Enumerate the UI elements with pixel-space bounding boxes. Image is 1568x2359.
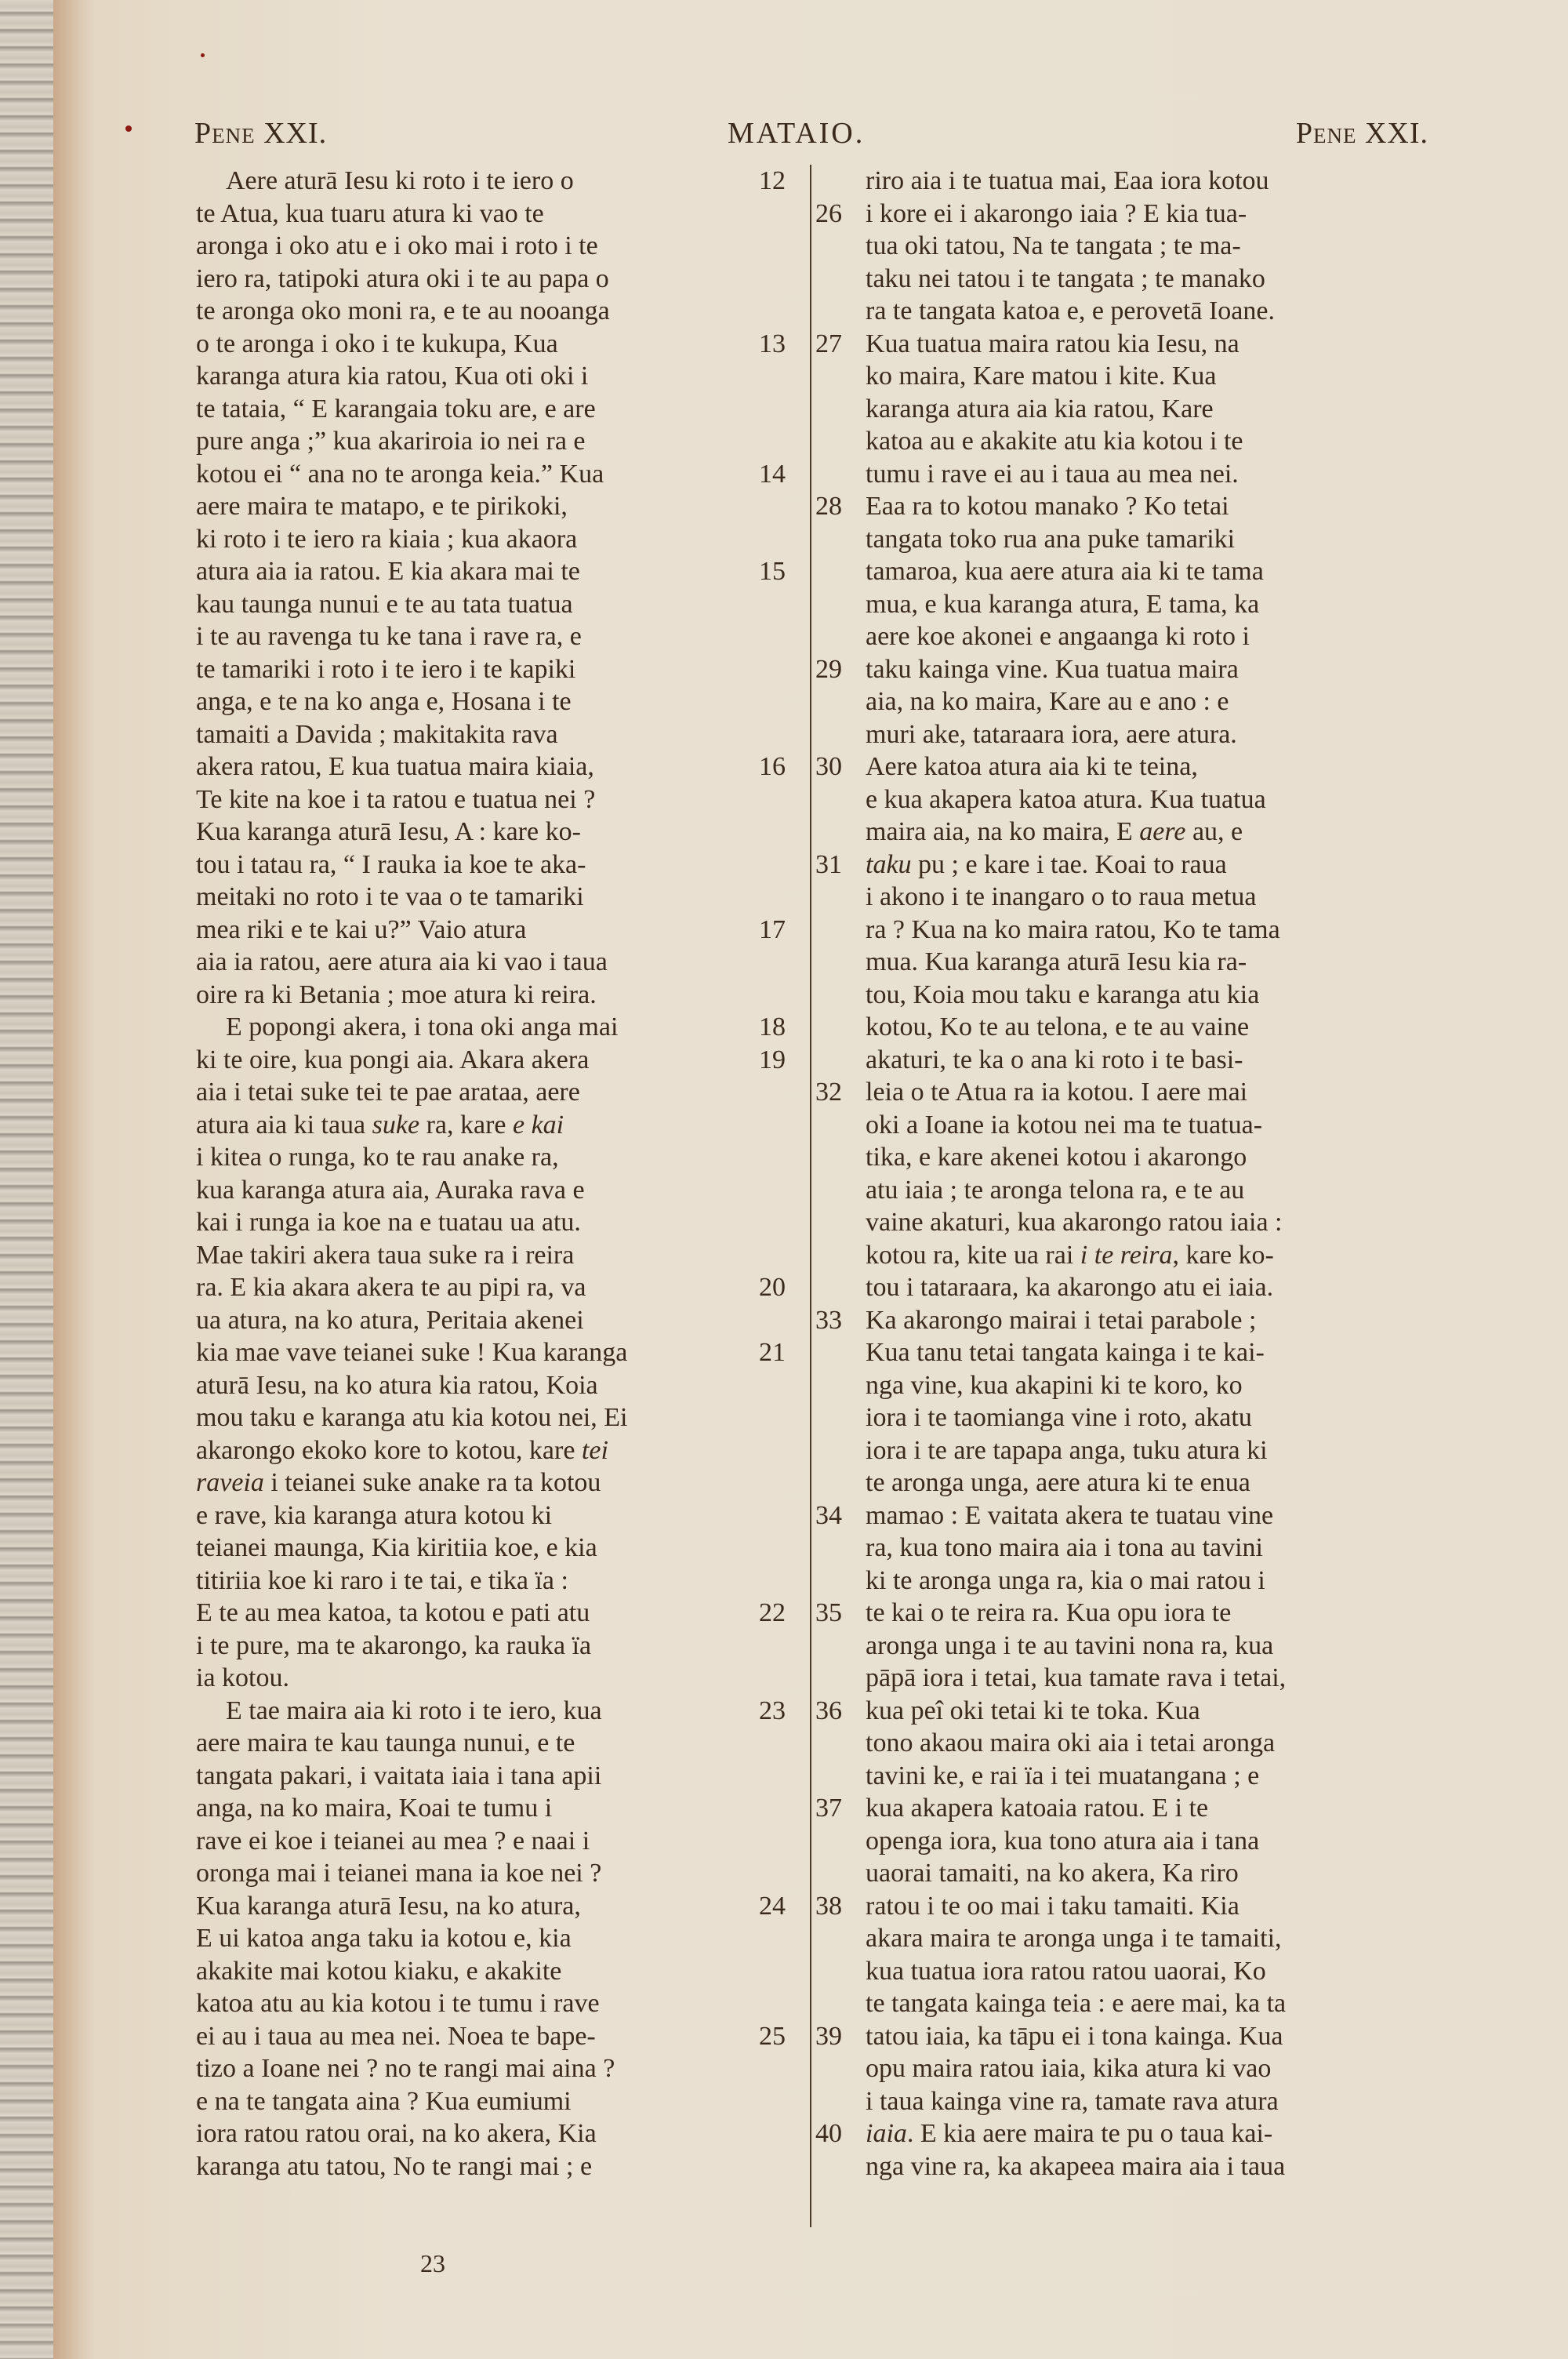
right-column: riro aia i te tuatua mai, Eaa iora kotou…: [815, 165, 1466, 2183]
text-line: karanga atu tatou, No te rangi mai ; e: [172, 2150, 815, 2183]
line-text: Te kite na koe i ta ratou e tuatua nei ?: [196, 783, 595, 816]
text-line: tamaiti a Davida ; makitakita rava: [172, 718, 815, 751]
line-text: kotou, Ko te au telona, e te au vaine: [866, 1011, 1249, 1044]
line-text: iora ratou ratou orai, na ko akera, Kia: [196, 2117, 597, 2150]
line-text: ua atura, na ko atura, Peritaia akenei: [196, 1304, 584, 1337]
line-text: te tataia, “ E karangaia toku are, e are: [196, 393, 596, 426]
text-line: aturā Iesu, na ko atura kia ratou, Koia: [172, 1369, 815, 1402]
verse-number: 16: [759, 751, 786, 783]
line-text: ki te oire, kua pongi aia. Akara akera: [196, 1044, 589, 1077]
line-text: kua akapera katoaia ratou. E i te: [866, 1792, 1208, 1825]
ink-spot: [125, 125, 132, 132]
line-text: kia mae vave teianei suke ! Kua karanga: [196, 1336, 627, 1369]
verse-number: 15: [759, 555, 786, 588]
line-text: taku nei tatou i te tangata ; te manako: [866, 263, 1265, 296]
text-line: katoa atu au kia kotou i te tumu i rave: [172, 1987, 815, 2020]
verse-number: 21: [759, 1336, 786, 1369]
line-text: ratou i te oo mai i taku tamaiti. Kia: [866, 1890, 1240, 1923]
text-line: karanga atura kia ratou, Kua oti oki i: [172, 360, 815, 393]
line-text: aronga unga i te au tavini nona ra, kua: [866, 1630, 1273, 1663]
verse-number: 14: [759, 458, 786, 491]
line-text: taku kainga vine. Kua tuatua maira: [866, 653, 1239, 686]
text-line: teianei maunga, Kia kiritiia koe, e kia: [172, 1532, 815, 1565]
text-line: kotou, Ko te au telona, e te au vaine: [815, 1011, 1466, 1044]
text-line: kua karanga atura aia, Auraka rava e: [172, 1174, 815, 1207]
text-line: 33Ka akarongo mairai i tetai parabole ;: [815, 1304, 1466, 1337]
line-text: i te pure, ma te akarongo, ka rauka ïa: [196, 1630, 591, 1663]
running-head-title: MATAIO.: [728, 116, 865, 151]
line-text: te kai o te reira ra. Kua opu iora te: [866, 1597, 1231, 1630]
text-line: i kitea o runga, ko te rau anake ra,: [172, 1141, 815, 1174]
text-line: oki a Ioane ia kotou nei ma te tuatua-: [815, 1109, 1466, 1142]
text-line: te aronga oko moni ra, e te au nooanga: [172, 295, 815, 328]
verse-number: 13: [759, 328, 786, 361]
text-line: 17mea riki e te kai u?” Vaio atura: [172, 914, 815, 947]
text-line: 23E tae maira aia ki roto i te iero, kua: [172, 1695, 815, 1728]
line-text: raveia i teianei suke anake ra ta kotou: [196, 1467, 601, 1499]
text-line: iora ratou ratou orai, na ko akera, Kia: [172, 2117, 815, 2150]
text-line: ki te aronga unga ra, kia o mai ratou i: [815, 1565, 1466, 1598]
line-text: tumu i rave ei au i taua au mea nei.: [866, 458, 1239, 491]
text-line: te Atua, kua tuaru atura ki vao te: [172, 198, 815, 231]
line-text: e na te tangata aina ? Kua eumiumi: [196, 2085, 572, 2118]
text-line: akarongo ekoko kore to kotou, kare tei: [172, 1434, 815, 1467]
text-line: i taua kainga vine ra, tamate rava atura: [815, 2085, 1466, 2118]
line-text: E ui katoa anga taku ia kotou e, kia: [196, 1922, 572, 1955]
line-text: Ka akarongo mairai i tetai parabole ;: [866, 1304, 1256, 1337]
text-line: 29taku kainga vine. Kua tuatua maira: [815, 653, 1466, 686]
text-line: nga vine, kua akapini ki te koro, ko: [815, 1369, 1466, 1402]
text-line: e kua akapera katoa atura. Kua tuatua: [815, 783, 1466, 816]
text-line: aia, na ko maira, Kare au e ano : e: [815, 685, 1466, 718]
line-text: riro aia i te tuatua mai, Eaa iora kotou: [866, 165, 1269, 198]
verse-number: 40: [815, 2117, 842, 2150]
text-line: tono akaou maira oki aia i tetai aronga: [815, 1727, 1466, 1760]
line-text: e rave, kia karanga atura kotou ki: [196, 1499, 552, 1532]
text-line: opu maira ratou iaia, kika atura ki vao: [815, 2052, 1466, 2085]
verse-number: 24: [759, 1890, 786, 1923]
line-text: iora i te taomianga vine i roto, akatu: [866, 1401, 1252, 1434]
text-line: tou, Koia mou taku e karanga atu kia: [815, 979, 1466, 1012]
text-line: iero ra, tatipoki atura oki i te au papa…: [172, 263, 815, 296]
text-line: iora i te taomianga vine i roto, akatu: [815, 1401, 1466, 1434]
text-line: ia kotou.: [172, 1662, 815, 1695]
line-text: aere maira te matapo, e te pirikoki,: [196, 490, 568, 523]
line-text: tamaiti a Davida ; makitakita rava: [196, 718, 558, 751]
line-text: i kitea o runga, ko te rau anake ra,: [196, 1141, 559, 1174]
line-text: taku pu ; e kare i tae. Koai to raua: [866, 849, 1227, 881]
text-line: i te pure, ma te akarongo, ka rauka ïa: [172, 1630, 815, 1663]
text-line: 32leia o te Atua ra ia kotou. I aere mai: [815, 1076, 1466, 1109]
text-line: aronga i oko atu e i oko mai i roto i te: [172, 230, 815, 263]
line-text: oire ra ki Betania ; moe atura ki reira.: [196, 979, 597, 1012]
line-text: aere maira te kau taunga nunui, e te: [196, 1727, 575, 1760]
line-text: akera ratou, E kua tuatua maira kiaia,: [196, 751, 594, 783]
text-line: pāpā iora i tetai, kua tamate rava i tet…: [815, 1662, 1466, 1695]
line-text: rave ei koe i teianei au mea ? e naai i: [196, 1825, 590, 1858]
text-line: 36kua peî oki tetai ki te toka. Kua: [815, 1695, 1466, 1728]
verse-number: 37: [815, 1792, 842, 1825]
text-line: 20ra. E kia akara akera te au pipi ra, v…: [172, 1271, 815, 1304]
text-line: i akono i te inangaro o to raua metua: [815, 881, 1466, 914]
text-line: mua, e kua karanga atura, E tama, ka: [815, 588, 1466, 621]
line-text: Aere aturā Iesu ki roto i te iero o: [226, 165, 574, 198]
text-line: tumu i rave ei au i taua au mea nei.: [815, 458, 1466, 491]
text-line: 19ki te oire, kua pongi aia. Akara akera: [172, 1044, 815, 1077]
text-line: ra, kua tono maira aia i tona au tavini: [815, 1532, 1466, 1565]
line-text: Kua karanga aturā Iesu, na ko atura,: [196, 1890, 581, 1923]
verse-number: 30: [815, 751, 842, 783]
line-text: iaia. E kia aere maira te pu o taua kai-: [866, 2117, 1272, 2150]
ink-spot: [201, 53, 205, 57]
line-text: titiriia koe ki raro i te tai, e tika ïa…: [196, 1565, 568, 1598]
line-text: kua tuatua iora ratou ratou uaorai, Ko: [866, 1955, 1266, 1988]
text-line: 13o te aronga i oko i te kukupa, Kua: [172, 328, 815, 361]
text-line: te tangata kainga teia : e aere mai, ka …: [815, 1987, 1466, 2020]
line-text: karanga atu tatou, No te rangi mai ; e: [196, 2150, 592, 2183]
text-line: 31taku pu ; e kare i tae. Koai to raua: [815, 849, 1466, 881]
running-head-left: Pene XXI.: [194, 116, 327, 151]
line-text: mea riki e te kai u?” Vaio atura: [196, 914, 526, 947]
line-text: aturā Iesu, na ko atura kia ratou, Koia: [196, 1369, 598, 1402]
line-text: oronga mai i teianei mana ia koe nei ?: [196, 1857, 601, 1890]
text-line: uaorai tamaiti, na ko akera, Ka riro: [815, 1857, 1466, 1890]
text-line: Kua karanga aturā Iesu, A : kare ko-: [172, 816, 815, 849]
text-line: oire ra ki Betania ; moe atura ki reira.: [172, 979, 815, 1012]
text-line: akara maira te aronga unga i te tamaiti,: [815, 1922, 1466, 1955]
text-line: 24Kua karanga aturā Iesu, na ko atura,: [172, 1890, 815, 1923]
text-line: 37kua akapera katoaia ratou. E i te: [815, 1792, 1466, 1825]
line-text: tou i tataraara, ka akarongo atu ei iaia…: [866, 1271, 1273, 1304]
text-line: titiriia koe ki raro i te tai, e tika ïa…: [172, 1565, 815, 1598]
text-line: oronga mai i teianei mana ia koe nei ?: [172, 1857, 815, 1890]
line-text: nga vine ra, ka akapeea maira aia i taua: [866, 2150, 1285, 2183]
text-line: ra ? Kua na ko maira ratou, Ko te tama: [815, 914, 1466, 947]
line-text: te tangata kainga teia : e aere mai, ka …: [866, 1987, 1286, 2020]
verse-number: 31: [815, 849, 842, 881]
line-text: te tamariki i roto i te iero i te kapiki: [196, 653, 575, 686]
line-text: katoa atu au kia kotou i te tumu i rave: [196, 1987, 600, 2020]
adjacent-page-stack: [0, 0, 55, 2359]
text-line: anga, e te na ko anga e, Hosana i te: [172, 685, 815, 718]
text-line: nga vine ra, ka akapeea maira aia i taua: [815, 2150, 1466, 2183]
line-text: karanga atura kia ratou, Kua oti oki i: [196, 360, 588, 393]
verse-number: 17: [759, 914, 786, 947]
text-line: ko maira, Kare matou i kite. Kua: [815, 360, 1466, 393]
verse-number: 38: [815, 1890, 842, 1923]
line-text: maira aia, na ko maira, E aere au, e: [866, 816, 1243, 849]
line-text: ei au i taua au mea nei. Noea te bape-: [196, 2020, 596, 2053]
text-line: e rave, kia karanga atura kotou ki: [172, 1499, 815, 1532]
verse-number: 33: [815, 1304, 842, 1337]
text-line: 18E popongi akera, i tona oki anga mai: [172, 1011, 815, 1044]
line-text: mua, e kua karanga atura, E tama, ka: [866, 588, 1259, 621]
verse-number: 36: [815, 1695, 842, 1728]
text-line: ua atura, na ko atura, Peritaia akenei: [172, 1304, 815, 1337]
text-line: katoa au e akakite atu kia kotou i te: [815, 425, 1466, 458]
verse-number: 29: [815, 653, 842, 686]
line-text: tou, Koia mou taku e karanga atu kia: [866, 979, 1259, 1012]
text-line: 25ei au i taua au mea nei. Noea te bape-: [172, 2020, 815, 2053]
text-line: aere maira te matapo, e te pirikoki,: [172, 490, 815, 523]
text-line: kua tuatua iora ratou ratou uaorai, Ko: [815, 1955, 1466, 1988]
text-line: atu iaia ; te aronga telona ra, e te au: [815, 1174, 1466, 1207]
line-text: e kua akapera katoa atura. Kua tuatua: [866, 783, 1266, 816]
line-text: tangata pakari, i vaitata iaia i tana ap…: [196, 1760, 601, 1793]
line-text: opu maira ratou iaia, kika atura ki vao: [866, 2052, 1271, 2085]
line-text: muri ake, tataraara iora, aere atura.: [866, 718, 1237, 751]
line-text: Mae takiri akera taua suke ra i reira: [196, 1239, 574, 1272]
line-text: teianei maunga, Kia kiritiia koe, e kia: [196, 1532, 597, 1565]
text-line: rave ei koe i teianei au mea ? e naai i: [172, 1825, 815, 1858]
verse-number: 26: [815, 198, 842, 231]
line-text: tika, e kare akenei kotou i akarongo: [866, 1141, 1247, 1174]
line-text: tua oki tatou, Na te tangata ; te ma-: [866, 230, 1241, 263]
line-text: ki roto i te iero ra kiaia ; kua akaora: [196, 523, 577, 556]
page-number: 23: [420, 2249, 445, 2278]
text-line: pure anga ;” kua akariroia io nei ra e: [172, 425, 815, 458]
line-text: akara maira te aronga unga i te tamaiti,: [866, 1922, 1282, 1955]
line-text: uaorai tamaiti, na ko akera, Ka riro: [866, 1857, 1239, 1890]
line-text: ko maira, Kare matou i kite. Kua: [866, 360, 1217, 393]
text-line: tizo a Ioane nei ? no te rangi mai aina …: [172, 2052, 815, 2085]
line-text: aronga i oko atu e i oko mai i roto i te: [196, 230, 598, 263]
text-line: 38ratou i te oo mai i taku tamaiti. Kia: [815, 1890, 1466, 1923]
line-text: aia ia ratou, aere atura aia ki vao i ta…: [196, 946, 608, 979]
line-text: aia i tetai suke tei te pae arataa, aere: [196, 1076, 580, 1109]
running-head-right: Pene XXI.: [1296, 116, 1428, 151]
line-text: kua peî oki tetai ki te toka. Kua: [866, 1695, 1200, 1728]
verse-number: 19: [759, 1044, 786, 1077]
verse-number: 22: [759, 1597, 786, 1630]
text-line: kotou ra, kite ua rai i te reira, kare k…: [815, 1239, 1466, 1272]
line-text: kau taunga nunui e te au tata tuatua: [196, 588, 573, 621]
line-text: atura aia ki taua suke ra, kare e kai: [196, 1109, 564, 1142]
text-line: openga iora, kua tono atura aia i tana: [815, 1825, 1466, 1858]
line-text: mamao : E vaitata akera te tuatau vine: [866, 1499, 1273, 1532]
text-line: te tamariki i roto i te iero i te kapiki: [172, 653, 815, 686]
line-text: anga, e te na ko anga e, Hosana i te: [196, 685, 572, 718]
text-line: akakite mai kotou kiaku, e akakite: [172, 1955, 815, 1988]
line-text: atura aia ia ratou. E kia akara mai te: [196, 555, 580, 588]
text-line: kau taunga nunui e te au tata tuatua: [172, 588, 815, 621]
text-line: maira aia, na ko maira, E aere au, e: [815, 816, 1466, 849]
verse-number: 18: [759, 1011, 786, 1044]
line-text: tangata toko rua ana puke tamariki: [866, 523, 1235, 556]
line-text: leia o te Atua ra ia kotou. I aere mai: [866, 1076, 1247, 1109]
line-text: pure anga ;” kua akariroia io nei ra e: [196, 425, 586, 458]
line-text: E te au mea katoa, ta kotou e pati atu: [196, 1597, 590, 1630]
line-text: tamaroa, kua aere atura aia ki te tama: [866, 555, 1264, 588]
line-text: tono akaou maira oki aia i tetai aronga: [866, 1727, 1275, 1760]
text-line: 28Eaa ra to kotou manako ? Ko tetai: [815, 490, 1466, 523]
text-line: raveia i teianei suke anake ra ta kotou: [172, 1467, 815, 1499]
line-text: mua. Kua karanga aturā Iesu kia ra-: [866, 946, 1247, 979]
line-text: Kua karanga aturā Iesu, A : kare ko-: [196, 816, 581, 849]
left-column: 12Aere aturā Iesu ki roto i te iero ote …: [172, 165, 815, 2183]
line-text: akakite mai kotou kiaku, e akakite: [196, 1955, 561, 1988]
line-text: Eaa ra to kotou manako ? Ko tetai: [866, 490, 1229, 523]
line-text: E popongi akera, i tona oki anga mai: [226, 1011, 618, 1044]
text-line: anga, na ko maira, Koai te tumu i: [172, 1792, 815, 1825]
line-text: ra te tangata katoa e, e perovetā Ioane.: [866, 295, 1275, 328]
text-line: aia i tetai suke tei te pae arataa, aere: [172, 1076, 815, 1109]
line-text: i te au ravenga tu ke tana i rave ra, e: [196, 620, 582, 653]
text-line: Te kite na koe i ta ratou e tuatua nei ?: [172, 783, 815, 816]
text-line: Kua tanu tetai tangata kainga i te kai-: [815, 1336, 1466, 1369]
line-text: te Atua, kua tuaru atura ki vao te: [196, 198, 544, 231]
line-text: anga, na ko maira, Koai te tumu i: [196, 1792, 552, 1825]
text-line: tangata toko rua ana puke tamariki: [815, 523, 1466, 556]
line-text: akaturi, te ka o ana ki roto i te basi-: [866, 1044, 1243, 1077]
text-line: vaine akaturi, kua akarongo ratou iaia :: [815, 1206, 1466, 1239]
text-line: 27Kua tuatua maira ratou kia Iesu, na: [815, 328, 1466, 361]
verse-number: 28: [815, 490, 842, 523]
text-line: ra te tangata katoa e, e perovetā Ioane.: [815, 295, 1466, 328]
text-line: te tataia, “ E karangaia toku are, e are: [172, 393, 815, 426]
verse-number: 23: [759, 1695, 786, 1728]
text-line: riro aia i te tuatua mai, Eaa iora kotou: [815, 165, 1466, 198]
line-text: Kua tuatua maira ratou kia Iesu, na: [866, 328, 1240, 361]
text-line: tou i tataraara, ka akarongo atu ei iaia…: [815, 1271, 1466, 1304]
text-line: aere koe akonei e angaanga ki roto i: [815, 620, 1466, 653]
text-line: 12Aere aturā Iesu ki roto i te iero o: [172, 165, 815, 198]
text-line: meitaki no roto i te vaa o te tamariki: [172, 881, 815, 914]
text-line: iora i te are tapapa anga, tuku atura ki: [815, 1434, 1466, 1467]
line-text: mou taku e karanga atu kia kotou nei, Ei: [196, 1401, 627, 1434]
line-text: tizo a Ioane nei ? no te rangi mai aina …: [196, 2052, 615, 2085]
text-line: aere maira te kau taunga nunui, e te: [172, 1727, 815, 1760]
text-line: i te au ravenga tu ke tana i rave ra, e: [172, 620, 815, 653]
text-line: taku nei tatou i te tangata ; te manako: [815, 263, 1466, 296]
verse-number: 25: [759, 2020, 786, 2053]
line-text: oki a Ioane ia kotou nei ma te tuatua-: [866, 1109, 1262, 1142]
line-text: kotou ra, kite ua rai i te reira, kare k…: [866, 1239, 1274, 1272]
column-rule: [810, 165, 811, 2227]
text-line: E ui katoa anga taku ia kotou e, kia: [172, 1922, 815, 1955]
text-line: 14kotou ei “ ana no te aronga keia.” Kua: [172, 458, 815, 491]
line-text: meitaki no roto i te vaa o te tamariki: [196, 881, 584, 914]
gutter-shadow: [53, 0, 100, 2359]
line-text: karanga atura aia kia ratou, Kare: [866, 393, 1214, 426]
text-line: aia ia ratou, aere atura aia ki vao i ta…: [172, 946, 815, 979]
line-text: ra. E kia akara akera te au pipi ra, va: [196, 1271, 586, 1304]
line-text: tavini ke, e rai ïa i tei muatangana ; e: [866, 1760, 1259, 1793]
line-text: tatou iaia, ka tāpu ei i tona kainga. Ku…: [866, 2020, 1283, 2053]
text-line: 15atura aia ia ratou. E kia akara mai te: [172, 555, 815, 588]
text-line: kai i runga ia koe na e tuatau ua atu.: [172, 1206, 815, 1239]
text-line: 34mamao : E vaitata akera te tuatau vine: [815, 1499, 1466, 1532]
line-text: ra, kua tono maira aia i tona au tavini: [866, 1532, 1263, 1565]
verse-number: 34: [815, 1499, 842, 1532]
text-line: aronga unga i te au tavini nona ra, kua: [815, 1630, 1466, 1663]
verse-number: 12: [759, 165, 786, 198]
line-text: kua karanga atura aia, Auraka rava e: [196, 1174, 585, 1207]
text-line: atura aia ki taua suke ra, kare e kai: [172, 1109, 815, 1142]
text-line: 39tatou iaia, ka tāpu ei i tona kainga. …: [815, 2020, 1466, 2053]
text-line: ki roto i te iero ra kiaia ; kua akaora: [172, 523, 815, 556]
text-line: tangata pakari, i vaitata iaia i tana ap…: [172, 1760, 815, 1793]
text-line: mua. Kua karanga aturā Iesu kia ra-: [815, 946, 1466, 979]
text-line: 40iaia. E kia aere maira te pu o taua ka…: [815, 2117, 1466, 2150]
text-line: 22E te au mea katoa, ta kotou e pati atu: [172, 1597, 815, 1630]
text-line: 21kia mae vave teianei suke ! Kua karang…: [172, 1336, 815, 1369]
text-line: tavini ke, e rai ïa i tei muatangana ; e: [815, 1760, 1466, 1793]
verse-number: 32: [815, 1076, 842, 1109]
text-line: akaturi, te ka o ana ki roto i te basi-: [815, 1044, 1466, 1077]
line-text: i akono i te inangaro o to raua metua: [866, 881, 1257, 914]
line-text: katoa au e akakite atu kia kotou i te: [866, 425, 1243, 458]
line-text: pāpā iora i tetai, kua tamate rava i tet…: [866, 1662, 1286, 1695]
line-text: nga vine, kua akapini ki te koro, ko: [866, 1369, 1243, 1402]
text-line: tamaroa, kua aere atura aia ki te tama: [815, 555, 1466, 588]
line-text: ia kotou.: [196, 1662, 289, 1695]
line-text: kai i runga ia koe na e tuatau ua atu.: [196, 1206, 581, 1239]
line-text: atu iaia ; te aronga telona ra, e te au: [866, 1174, 1244, 1207]
text-line: 26i kore ei i akarongo iaia ? E kia tua-: [815, 198, 1466, 231]
line-text: aere koe akonei e angaanga ki roto i: [866, 620, 1250, 653]
line-text: Kua tanu tetai tangata kainga i te kai-: [866, 1336, 1265, 1369]
line-text: iora i te are tapapa anga, tuku atura ki: [866, 1434, 1268, 1467]
text-line: tua oki tatou, Na te tangata ; te ma-: [815, 230, 1466, 263]
verse-number: 39: [815, 2020, 842, 2053]
line-text: Aere katoa atura aia ki te teina,: [866, 751, 1198, 783]
running-head: Pene XXI. MATAIO. Pene XXI.: [194, 116, 1428, 147]
line-text: kotou ei “ ana no te aronga keia.” Kua: [196, 458, 604, 491]
line-text: vaine akaturi, kua akarongo ratou iaia :: [866, 1206, 1283, 1239]
line-text: aia, na ko maira, Kare au e ano : e: [866, 685, 1229, 718]
line-text: ki te aronga unga ra, kia o mai ratou i: [866, 1565, 1265, 1598]
line-text: akarongo ekoko kore to kotou, kare tei: [196, 1434, 608, 1467]
text-line: tika, e kare akenei kotou i akarongo: [815, 1141, 1466, 1174]
line-text: iero ra, tatipoki atura oki i te au papa…: [196, 263, 609, 296]
text-line: 35te kai o te reira ra. Kua opu iora te: [815, 1597, 1466, 1630]
verse-number: 20: [759, 1271, 786, 1304]
text-line: karanga atura aia kia ratou, Kare: [815, 393, 1466, 426]
line-text: tou i tatau ra, “ I rauka ia koe te aka-: [196, 849, 586, 881]
line-text: ra ? Kua na ko maira ratou, Ko te tama: [866, 914, 1280, 947]
text-line: mou taku e karanga atu kia kotou nei, Ei: [172, 1401, 815, 1434]
text-line: e na te tangata aina ? Kua eumiumi: [172, 2085, 815, 2118]
text-line: 16akera ratou, E kua tuatua maira kiaia,: [172, 751, 815, 783]
line-text: i kore ei i akarongo iaia ? E kia tua-: [866, 198, 1247, 231]
verse-number: 35: [815, 1597, 842, 1630]
text-line: 30Aere katoa atura aia ki te teina,: [815, 751, 1466, 783]
text-line: Mae takiri akera taua suke ra i reira: [172, 1239, 815, 1272]
line-text: o te aronga i oko i te kukupa, Kua: [196, 328, 558, 361]
line-text: te aronga unga, aere atura ki te enua: [866, 1467, 1250, 1499]
line-text: openga iora, kua tono atura aia i tana: [866, 1825, 1259, 1858]
verse-number: 27: [815, 328, 842, 361]
text-line: tou i tatau ra, “ I rauka ia koe te aka-: [172, 849, 815, 881]
text-line: muri ake, tataraara iora, aere atura.: [815, 718, 1466, 751]
text-line: te aronga unga, aere atura ki te enua: [815, 1467, 1466, 1499]
line-text: i taua kainga vine ra, tamate rava atura: [866, 2085, 1279, 2118]
line-text: E tae maira aia ki roto i te iero, kua: [226, 1695, 602, 1728]
line-text: te aronga oko moni ra, e te au nooanga: [196, 295, 610, 328]
